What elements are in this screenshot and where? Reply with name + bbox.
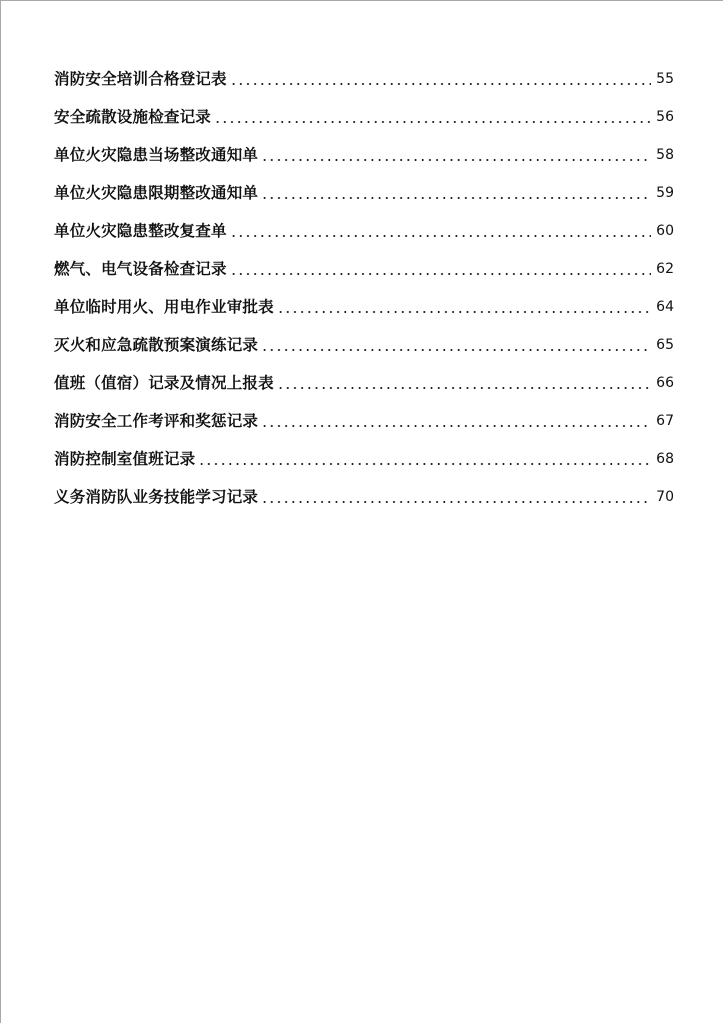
toc-entry-title: 灭火和应急疏散预案演练记录 [54, 335, 258, 355]
toc-entry-page: 58 [654, 145, 674, 165]
toc-entry-page: 60 [654, 221, 674, 241]
dot-leader [214, 121, 651, 123]
toc-entry-title: 值班（值宿）记录及情况上报表 [54, 373, 274, 393]
toc-entry[interactable]: 灭火和应急疏散预案演练记录 65 [54, 317, 674, 355]
toc-entry-title: 单位火灾隐患当场整改通知单 [54, 145, 258, 165]
document-page: 消防安全培训合格登记表 55 安全疏散设施检查记录 56 单位火灾隐患当场整改通… [0, 0, 723, 1023]
toc-entry-title: 消防控制室值班记录 [54, 449, 195, 469]
dot-leader [261, 159, 651, 161]
toc-entry-page: 65 [654, 335, 674, 355]
toc-entry-title: 单位火灾隐患限期整改通知单 [54, 183, 258, 203]
toc-entry-page: 55 [654, 69, 674, 89]
toc-entry[interactable]: 单位火灾隐患限期整改通知单 59 [54, 165, 674, 203]
toc-entry[interactable]: 值班（值宿）记录及情况上报表 66 [54, 355, 674, 393]
toc-entry-title: 安全疏散设施检查记录 [54, 107, 211, 127]
dot-leader [261, 349, 651, 351]
dot-leader [261, 501, 651, 503]
toc-entry-title: 义务消防队业务技能学习记录 [54, 487, 258, 507]
toc-entry[interactable]: 安全疏散设施检查记录 56 [54, 89, 674, 127]
dot-leader [230, 235, 651, 237]
dot-leader [277, 387, 651, 389]
toc-entry-title: 消防安全工作考评和奖惩记录 [54, 411, 258, 431]
toc-entry[interactable]: 单位火灾隐患当场整改通知单 58 [54, 127, 674, 165]
toc-entry-page: 68 [654, 449, 674, 469]
toc-entry-title: 消防安全培训合格登记表 [54, 69, 227, 89]
dot-leader [230, 83, 651, 85]
toc-entry[interactable]: 燃气、电气设备检查记录 62 [54, 241, 674, 279]
toc-entry-page: 56 [654, 107, 674, 127]
toc-entry[interactable]: 消防安全工作考评和奖惩记录 67 [54, 393, 674, 431]
toc-entry-page: 59 [654, 183, 674, 203]
toc-entry-title: 单位火灾隐患整改复查单 [54, 221, 227, 241]
toc-entry-page: 64 [654, 297, 674, 317]
dot-leader [230, 273, 651, 275]
toc-entry-title: 单位临时用火、用电作业审批表 [54, 297, 274, 317]
toc-entry[interactable]: 消防控制室值班记录 68 [54, 431, 674, 469]
dot-leader [261, 425, 651, 427]
toc-entry-page: 66 [654, 373, 674, 393]
toc-entry-title: 燃气、电气设备检查记录 [54, 259, 227, 279]
toc-entry-page: 70 [654, 487, 674, 507]
dot-leader [261, 197, 651, 199]
dot-leader [198, 463, 651, 465]
toc-entry[interactable]: 义务消防队业务技能学习记录 70 [54, 469, 674, 507]
toc-entry[interactable]: 单位临时用火、用电作业审批表 64 [54, 279, 674, 317]
toc-entry-page: 62 [654, 259, 674, 279]
table-of-contents: 消防安全培训合格登记表 55 安全疏散设施检查记录 56 单位火灾隐患当场整改通… [54, 51, 674, 507]
toc-entry[interactable]: 消防安全培训合格登记表 55 [54, 51, 674, 89]
dot-leader [277, 311, 651, 313]
toc-entry-page: 67 [654, 411, 674, 431]
toc-entry[interactable]: 单位火灾隐患整改复查单 60 [54, 203, 674, 241]
